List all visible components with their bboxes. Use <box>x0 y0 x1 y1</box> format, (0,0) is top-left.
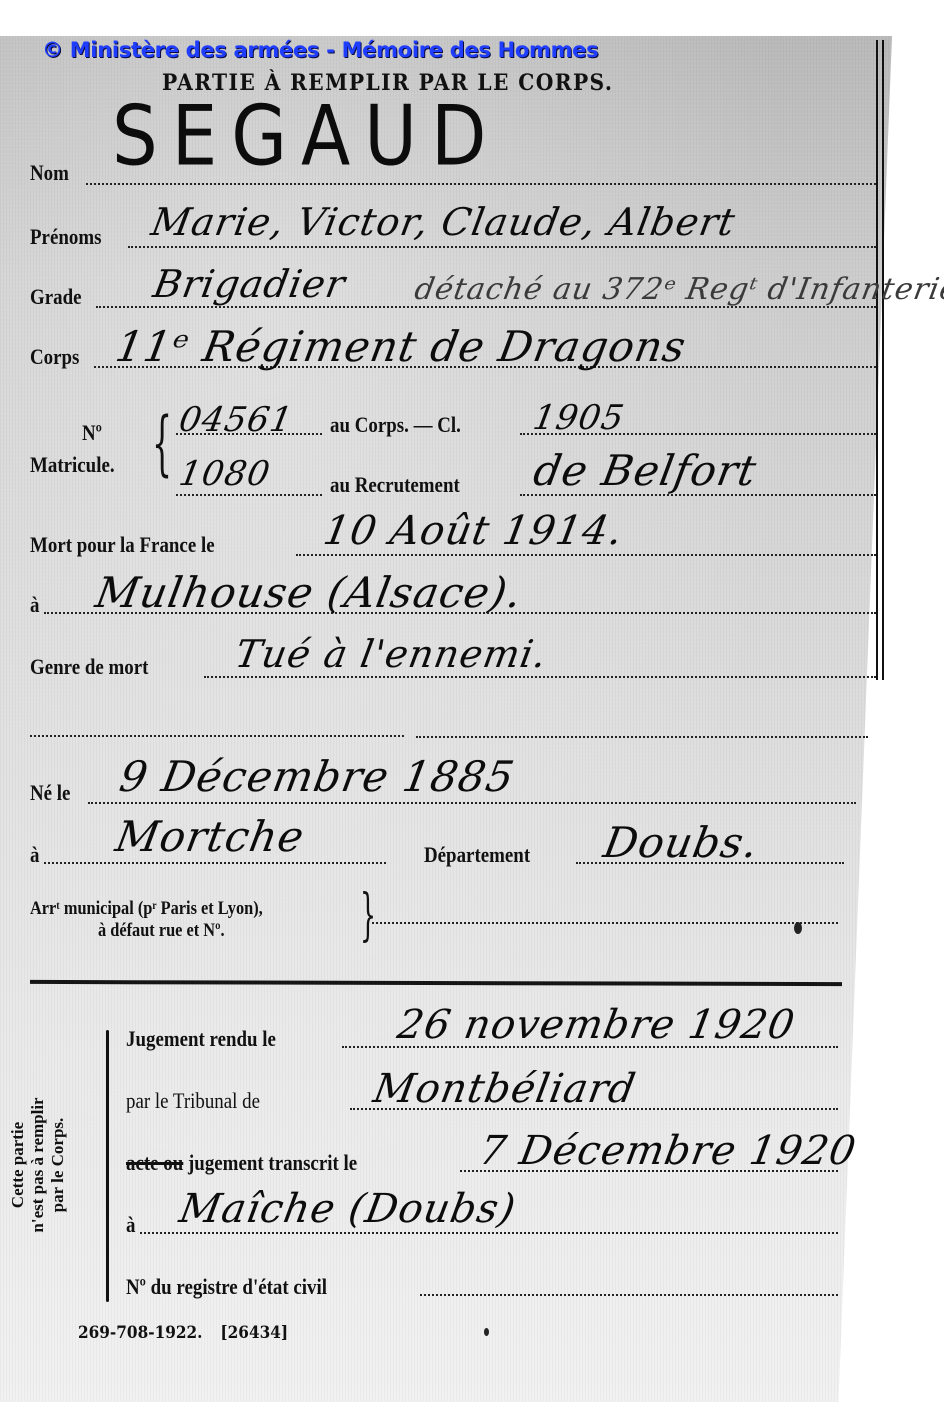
matricule-brace: { <box>152 408 172 478</box>
matricule-label-bottom: Matricule. <box>30 452 115 478</box>
grade-note: détaché au 372ᵉ Regᵗ d'Infanterie <box>412 272 944 307</box>
corps-value: 11ᵉ Régiment de Dragons <box>112 322 690 371</box>
nom-label: Nom <box>30 160 69 186</box>
ink-spot <box>794 922 802 934</box>
print-code: 269-708-1922. [26434] <box>78 1323 288 1343</box>
genre-mort-label: Genre de mort <box>30 654 148 680</box>
nom-value: SEGAUD <box>112 87 500 184</box>
lieu-transcription-label: à <box>126 1212 135 1238</box>
mort-label: Mort pour la France le <box>30 532 215 558</box>
recrutement-place: de Belfort <box>530 446 761 495</box>
genre-mort-value: Tué à l'ennemi. <box>232 632 551 676</box>
lieu-naissance-value: Mortche <box>112 812 308 861</box>
transcription-value: 7 Décembre 1920 <box>476 1128 860 1174</box>
lieu-naissance-line <box>44 862 386 864</box>
matricule-recrutement-line <box>176 494 322 496</box>
registre-label: Nº du registre d'état civil <box>126 1274 327 1300</box>
au-corps-label: au Corps. — Cl. <box>330 412 461 438</box>
border-rule <box>876 40 878 680</box>
classe-value: 1905 <box>530 398 628 438</box>
prenoms-value: Marie, Victor, Claude, Albert <box>148 200 739 244</box>
grade-label: Grade <box>30 284 82 310</box>
departement-value: Doubs. <box>600 818 762 867</box>
matricule-corps-line <box>176 433 322 435</box>
transcription-label-text: jugement transcrit le <box>188 1150 357 1175</box>
lieu-transcription-line <box>140 1232 838 1234</box>
print-code-number: 269-708-1922. <box>78 1323 202 1343</box>
registre-line <box>420 1294 838 1296</box>
tribunal-label: par le Tribunal de <box>126 1088 260 1114</box>
jugement-value: 26 novembre 1920 <box>394 1002 799 1048</box>
ink-spot <box>484 1328 489 1336</box>
transcription-label-struck: acte ou <box>126 1150 183 1175</box>
genre-mort-line <box>204 676 876 678</box>
blank-line-right <box>416 736 868 738</box>
blank-line-left <box>30 735 404 737</box>
naissance-line <box>88 802 856 804</box>
mort-value: 10 Août 1914. <box>320 508 627 554</box>
side-note-line-1: Cette partie <box>8 1090 28 1240</box>
lieu-naissance-label: à <box>30 842 39 868</box>
side-note: Cette partie n'est pas à remplir par le … <box>8 1090 68 1240</box>
lieu-mort-label: à <box>30 592 39 618</box>
naissance-value: 9 Décembre 1885 <box>116 752 519 801</box>
side-note-line-2: n'est pas à remplir <box>28 1090 48 1240</box>
lieu-mort-value: Mulhouse (Alsace). <box>92 568 526 617</box>
jugement-label: Jugement rendu le <box>126 1026 276 1052</box>
lieu-transcription-value: Maîche (Doubs) <box>176 1186 520 1232</box>
side-note-line-3: par le Corps. <box>48 1090 68 1240</box>
matricule-recrutement-number: 1080 <box>176 454 274 494</box>
mort-line <box>296 554 876 556</box>
departement-label: Département <box>424 842 530 868</box>
arrondissement-label-1: Arrᵗ municipal (pʳ Paris et Lyon), <box>30 898 263 920</box>
arrondissement-label-2: à défaut rue et Nº. <box>98 920 225 942</box>
corps-label: Corps <box>30 344 79 370</box>
copyright-watermark: © Ministère des armées - Mémoire des Hom… <box>42 38 598 62</box>
arrondissement-brace: } <box>360 888 376 944</box>
form-reference: [26434] <box>220 1323 288 1343</box>
grade-value: Brigadier <box>150 262 349 306</box>
naissance-label: Né le <box>30 780 70 806</box>
tribunal-value: Montbéliard <box>370 1066 639 1112</box>
prenoms-line <box>128 246 876 248</box>
matricule-label-top: Nº <box>82 420 102 446</box>
arrondissement-line <box>372 922 838 924</box>
border-rule <box>882 40 884 680</box>
judgment-brace <box>106 1030 109 1302</box>
transcription-label: acte ou jugement transcrit le <box>126 1150 357 1176</box>
prenoms-label: Prénoms <box>30 224 101 250</box>
au-recrutement-label: au Recrutement <box>330 472 460 498</box>
